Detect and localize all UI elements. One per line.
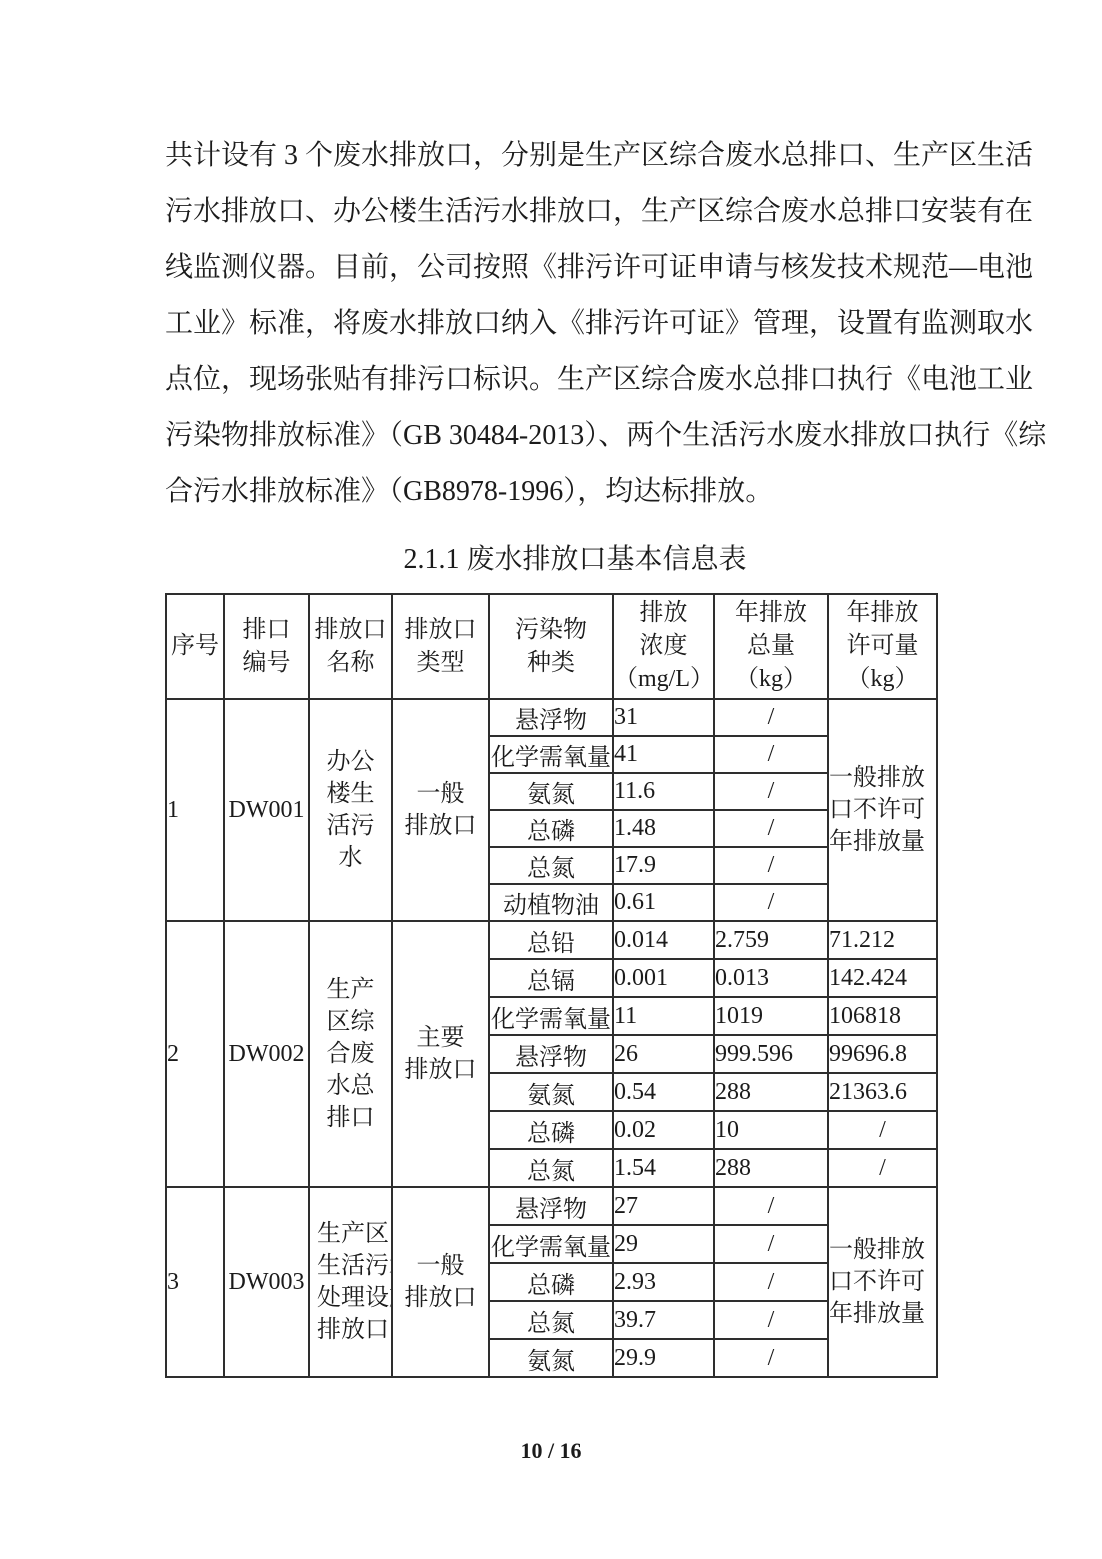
header-outlet-name: 排放口 名称 (309, 594, 392, 699)
annual-permit-cell: / (828, 1111, 937, 1149)
pollutant-name-cell: 氨氮 (489, 773, 613, 810)
concentration-value-cell: 27 (613, 1187, 714, 1225)
header-annual-permit: 年排放 许可量 （kg） (828, 594, 937, 699)
header-annual-total: 年排放 总量 （kg） (714, 594, 828, 699)
concentration-value-cell: 26 (613, 1035, 714, 1073)
annual-total-cell: 10 (714, 1111, 828, 1149)
body-paragraph: 共计设有 3 个废水排放口，分别是生产区综合废水总排口、生产区生活 污水排放口、… (165, 128, 985, 520)
paragraph-line: 工业》标准，将废水排放口纳入《排污许可证》管理，设置有监测取水 (165, 296, 985, 352)
annual-total-cell: / (714, 884, 828, 921)
concentration-value-cell: 0.001 (613, 959, 714, 997)
seq-cell: 3 (166, 1187, 224, 1377)
pollutant-name-cell: 总氮 (489, 1301, 613, 1339)
pollutant-name-cell: 化学需氧量 (489, 1225, 613, 1263)
pollutant-name-cell: 动植物油 (489, 884, 613, 921)
pollutant-name-cell: 总磷 (489, 1263, 613, 1301)
outlet-type-cell: 一般 排放口 (392, 699, 489, 921)
paragraph-line: 合污水排放标准》（GB8978-1996），均达标排放。 (165, 464, 985, 520)
page-content: 共计设有 3 个废水排放口，分别是生产区综合废水总排口、生产区生活 污水排放口、… (165, 128, 985, 1378)
permit-note-cell: 一般排放 口不许可 年排放量 (828, 699, 937, 921)
table-row: 1 DW001 办公 楼生 活污 水 一般 排放口 悬浮物 31 / 一般排放 … (166, 699, 937, 736)
annual-total-cell: / (714, 1225, 828, 1263)
pollutant-name-cell: 悬浮物 (489, 1187, 613, 1225)
annual-total-cell: 0.013 (714, 959, 828, 997)
concentration-value-cell: 0.02 (613, 1111, 714, 1149)
outlet-name-cell: 生产区 生活污水 处理设施 排放口 (309, 1187, 392, 1377)
annual-total-cell: 2.759 (714, 921, 828, 959)
annual-total-cell: / (714, 1187, 828, 1225)
concentration-value-cell: 0.61 (613, 884, 714, 921)
outlet-code-cell: DW003 (224, 1187, 309, 1377)
paragraph-line: 共计设有 3 个废水排放口，分别是生产区综合废水总排口、生产区生活 (165, 128, 985, 184)
concentration-value-cell: 31 (613, 699, 714, 736)
pollutant-name-cell: 化学需氧量 (489, 736, 613, 773)
annual-total-cell: / (714, 1301, 828, 1339)
wastewater-outlets-table: 序号 排口 编号 排放口 名称 排放口 类型 污染物 种类 排放 浓度 （mg/… (165, 593, 938, 1378)
header-seq: 序号 (166, 594, 224, 699)
concentration-value-cell: 41 (613, 736, 714, 773)
annual-total-cell: 999.596 (714, 1035, 828, 1073)
header-outlet-code: 排口 编号 (224, 594, 309, 699)
annual-total-cell: / (714, 810, 828, 847)
pollutant-name-cell: 总镉 (489, 959, 613, 997)
paragraph-line: 污水排放口、办公楼生活污水排放口，生产区综合废水总排口安装有在 (165, 184, 985, 240)
outlet-type-cell: 主要 排放口 (392, 921, 489, 1187)
concentration-value-cell: 29 (613, 1225, 714, 1263)
annual-permit-cell: 99696.8 (828, 1035, 937, 1073)
concentration-value-cell: 11.6 (613, 773, 714, 810)
pollutant-name-cell: 总氮 (489, 847, 613, 884)
outlet-code-cell: DW002 (224, 921, 309, 1187)
outlet-code-cell: DW001 (224, 699, 309, 921)
pollutant-name-cell: 总磷 (489, 1111, 613, 1149)
annual-total-cell: / (714, 773, 828, 810)
pollutant-name-cell: 总磷 (489, 810, 613, 847)
concentration-value-cell: 0.014 (613, 921, 714, 959)
annual-permit-cell: 142.424 (828, 959, 937, 997)
table-row: 2 DW002 生产 区综 合废 水总 排口 主要 排放口 总铅 0.014 2… (166, 921, 937, 959)
annual-permit-cell: / (828, 1149, 937, 1187)
concentration-value-cell: 39.7 (613, 1301, 714, 1339)
permit-note-cell: 一般排放 口不许可 年排放量 (828, 1187, 937, 1377)
annual-total-cell: / (714, 736, 828, 773)
concentration-value-cell: 1.54 (613, 1149, 714, 1187)
pollutant-name-cell: 悬浮物 (489, 699, 613, 736)
pollutant-name-cell: 悬浮物 (489, 1035, 613, 1073)
annual-total-cell: / (714, 699, 828, 736)
header-pollutant: 污染物 种类 (489, 594, 613, 699)
seq-cell: 2 (166, 921, 224, 1187)
annual-permit-cell: 21363.6 (828, 1073, 937, 1111)
paragraph-line: 线监测仪器。目前，公司按照《排污许可证申请与核发技术规范—电池 (165, 240, 985, 296)
concentration-value-cell: 11 (613, 997, 714, 1035)
annual-permit-cell: 71.212 (828, 921, 937, 959)
pollutant-name-cell: 氨氮 (489, 1073, 613, 1111)
pollutant-name-cell: 总氮 (489, 1149, 613, 1187)
annual-total-cell: 288 (714, 1073, 828, 1111)
annual-total-cell: / (714, 847, 828, 884)
paragraph-line: 污染物排放标准》（GB 30484-2013）、两个生活污水废水排放口执行《综 (165, 408, 985, 464)
concentration-value-cell: 29.9 (613, 1339, 714, 1377)
concentration-value-cell: 17.9 (613, 847, 714, 884)
concentration-value-cell: 2.93 (613, 1263, 714, 1301)
seq-cell: 1 (166, 699, 224, 921)
pollutant-name-cell: 氨氮 (489, 1339, 613, 1377)
annual-total-cell: / (714, 1339, 828, 1377)
outlet-name-cell: 生产 区综 合废 水总 排口 (309, 921, 392, 1187)
annual-total-cell: 1019 (714, 997, 828, 1035)
table-header-row: 序号 排口 编号 排放口 名称 排放口 类型 污染物 种类 排放 浓度 （mg/… (166, 594, 937, 699)
pollutant-name-cell: 总铅 (489, 921, 613, 959)
pollutant-name-cell: 化学需氧量 (489, 997, 613, 1035)
outlet-name-cell: 办公 楼生 活污 水 (309, 699, 392, 921)
page-number: 10 / 16 (0, 1436, 1102, 1466)
annual-total-cell: / (714, 1263, 828, 1301)
table-title: 2.1.1 废水排放口基本信息表 (165, 532, 985, 588)
header-concentration: 排放 浓度 （mg/L） (613, 594, 714, 699)
paragraph-line: 点位，现场张贴有排污口标识。生产区综合废水总排口执行《电池工业 (165, 352, 985, 408)
annual-total-cell: 288 (714, 1149, 828, 1187)
outlet-type-cell: 一般 排放口 (392, 1187, 489, 1377)
table-row: 3 DW003 生产区 生活污水 处理设施 排放口 一般 排放口 悬浮物 27 … (166, 1187, 937, 1225)
concentration-value-cell: 0.54 (613, 1073, 714, 1111)
concentration-value-cell: 1.48 (613, 810, 714, 847)
annual-permit-cell: 106818 (828, 997, 937, 1035)
header-outlet-type: 排放口 类型 (392, 594, 489, 699)
document-page: 共计设有 3 个废水排放口，分别是生产区综合废水总排口、生产区生活 污水排放口、… (0, 0, 1102, 1559)
